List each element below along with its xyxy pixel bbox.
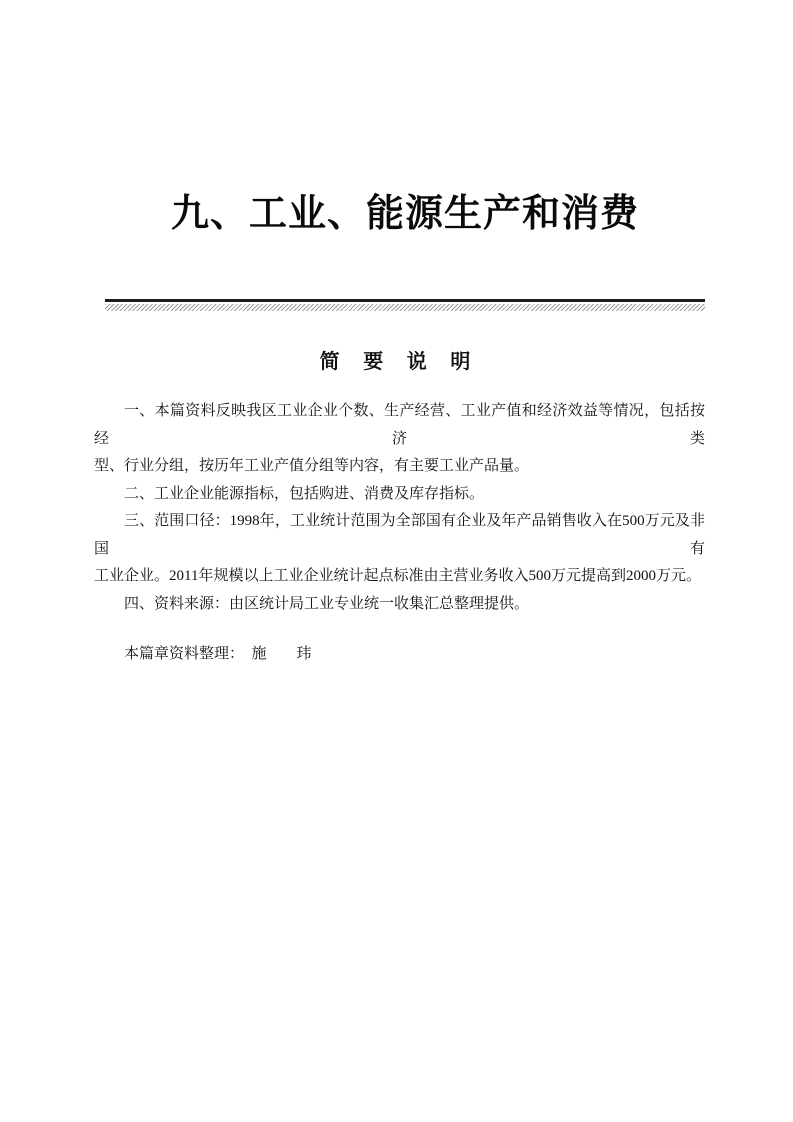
- notes-body: 一、本篇资料反映我区工业企业个数、生产经营、工业产值和经济效益等情况，包括按经济…: [94, 398, 705, 669]
- paragraph-1-line-2: 型、行业分组，按历年工业产值分组等内容，有主要工业产品量。: [94, 453, 705, 481]
- paragraph-3-line-1: 三、范围口径：1998年，工业统计范围为全部国有企业及年产品销售收入在500万元…: [94, 508, 705, 563]
- paragraph-4-line-1: 四、资料来源：由区统计局工业专业统一收集汇总整理提供。: [94, 591, 705, 619]
- chapter-title: 九、工业、能源生产和消费: [105, 190, 705, 238]
- paragraph-1-line-1: 一、本篇资料反映我区工业企业个数、生产经营、工业产值和经济效益等情况，包括按经济…: [94, 398, 705, 453]
- decorative-divider: [105, 299, 705, 311]
- paragraph-2-line-1: 二、工业企业能源指标，包括购进、消费及库存指标。: [94, 481, 705, 509]
- divider-hatch-band: [105, 304, 705, 311]
- divider-solid-bar: [105, 299, 705, 302]
- document-page: 九、工业、能源生产和消费 简 要 说 明 一、本篇资料反映我区工业企业个数、生产…: [0, 0, 793, 1122]
- paragraph-3-line-2: 工业企业。2011年规模以上工业企业统计起点标准由主营业务收入500万元提高到2…: [94, 563, 705, 591]
- section-heading: 简 要 说 明: [94, 349, 705, 375]
- compiler-credit-line: 本篇章资料整理： 施 玮: [94, 641, 705, 669]
